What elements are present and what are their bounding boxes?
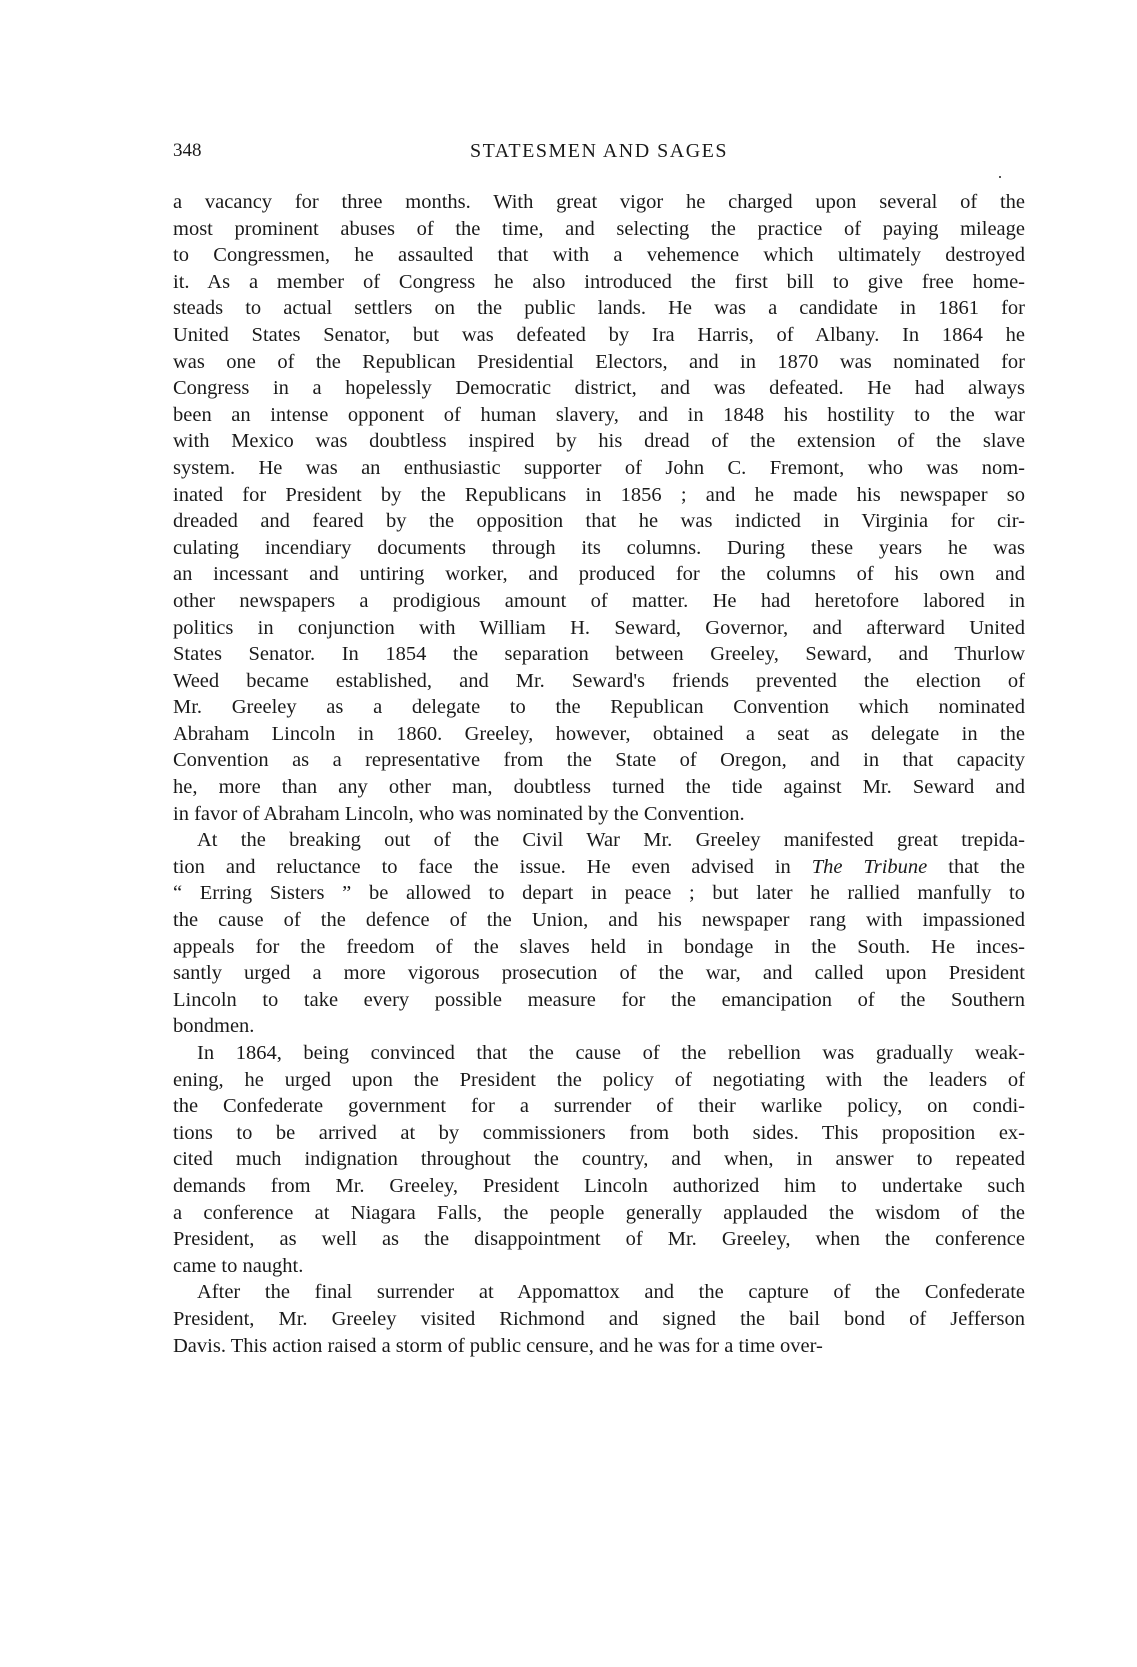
text-line: dreaded and feared by the opposition tha…: [173, 508, 1025, 535]
text-line: santly urged a more vigorous prosecution…: [173, 960, 1025, 987]
text-line: tion and reluctance to face the issue. H…: [173, 854, 1025, 881]
text-line: In 1864, being convinced that the cause …: [173, 1040, 1025, 1067]
text-line: the cause of the defence of the Union, a…: [173, 907, 1025, 934]
text-line: culating incendiary documents through it…: [173, 535, 1025, 562]
text-line: in favor of Abraham Lincoln, who was nom…: [173, 801, 1025, 828]
text-line: it. As a member of Congress he also intr…: [173, 269, 1025, 296]
text-line: been an intense opponent of human slaver…: [173, 402, 1025, 429]
page-body: a vacancy for three months. With great v…: [173, 189, 1025, 1359]
text-line: Convention as a representative from the …: [173, 747, 1025, 774]
text-line: “ Erring Sisters ” be allowed to depart …: [173, 880, 1025, 907]
text-line: President, Mr. Greeley visited Richmond …: [173, 1306, 1025, 1333]
text-line: Weed became established, and Mr. Seward'…: [173, 668, 1025, 695]
text-line: came to naught.: [173, 1253, 1025, 1280]
text-line: politics in conjunction with William H. …: [173, 615, 1025, 642]
paragraph: a vacancy for three months. With great v…: [173, 189, 1025, 827]
text-line: At the breaking out of the Civil War Mr.…: [173, 827, 1025, 854]
text-line: demands from Mr. Greeley, President Linc…: [173, 1173, 1025, 1200]
page-header: 348 STATESMEN AND SAGES: [173, 140, 1025, 170]
text-line: United States Senator, but was defeated …: [173, 322, 1025, 349]
text-line: After the final surrender at Appomattox …: [173, 1279, 1025, 1306]
text-line: system. He was an enthusiastic supporter…: [173, 455, 1025, 482]
paragraph: After the final surrender at Appomattox …: [173, 1279, 1025, 1359]
text-line: a vacancy for three months. With great v…: [173, 189, 1025, 216]
text-line: inated for President by the Republicans …: [173, 482, 1025, 509]
running-title: STATESMEN AND SAGES: [173, 140, 1025, 163]
text-line: steads to actual settlers on the public …: [173, 295, 1025, 322]
text-line: Mr. Greeley as a delegate to the Republi…: [173, 694, 1025, 721]
text-line: appeals for the freedom of the slaves he…: [173, 934, 1025, 961]
text-line: President, as well as the disappointment…: [173, 1226, 1025, 1253]
text-line: other newspapers a prodigious amount of …: [173, 588, 1025, 615]
italic-title: The Tribune: [812, 856, 928, 878]
text-line: to Congressmen, he assaulted that with a…: [173, 242, 1025, 269]
text-line: Congress in a hopelessly Democratic dist…: [173, 375, 1025, 402]
text-line: Davis. This action raised a storm of pub…: [173, 1333, 1025, 1360]
text-line: tions to be arrived at by commissioners …: [173, 1120, 1025, 1147]
text-line: he, more than any other man, doubtless t…: [173, 774, 1025, 801]
text-line: an incessant and untiring worker, and pr…: [173, 561, 1025, 588]
paragraph: At the breaking out of the Civil War Mr.…: [173, 827, 1025, 1040]
text-line: the Confederate government for a surrend…: [173, 1093, 1025, 1120]
paragraph: In 1864, being convinced that the cause …: [173, 1040, 1025, 1279]
text-line: Lincoln to take every possible measure f…: [173, 987, 1025, 1014]
text-line: ening, he urged upon the President the p…: [173, 1067, 1025, 1094]
text-line: Abraham Lincoln in 1860. Greeley, howeve…: [173, 721, 1025, 748]
text-line: with Mexico was doubtless inspired by hi…: [173, 428, 1025, 455]
text-line: a conference at Niagara Falls, the peopl…: [173, 1200, 1025, 1227]
text-line: States Senator. In 1854 the separation b…: [173, 641, 1025, 668]
text-line: most prominent abuses of the time, and s…: [173, 216, 1025, 243]
text-line: bondmen.: [173, 1013, 1025, 1040]
text-line: cited much indignation throughout the co…: [173, 1146, 1025, 1173]
scan-speck: [999, 176, 1001, 178]
text-line: was one of the Republican Presidential E…: [173, 349, 1025, 376]
